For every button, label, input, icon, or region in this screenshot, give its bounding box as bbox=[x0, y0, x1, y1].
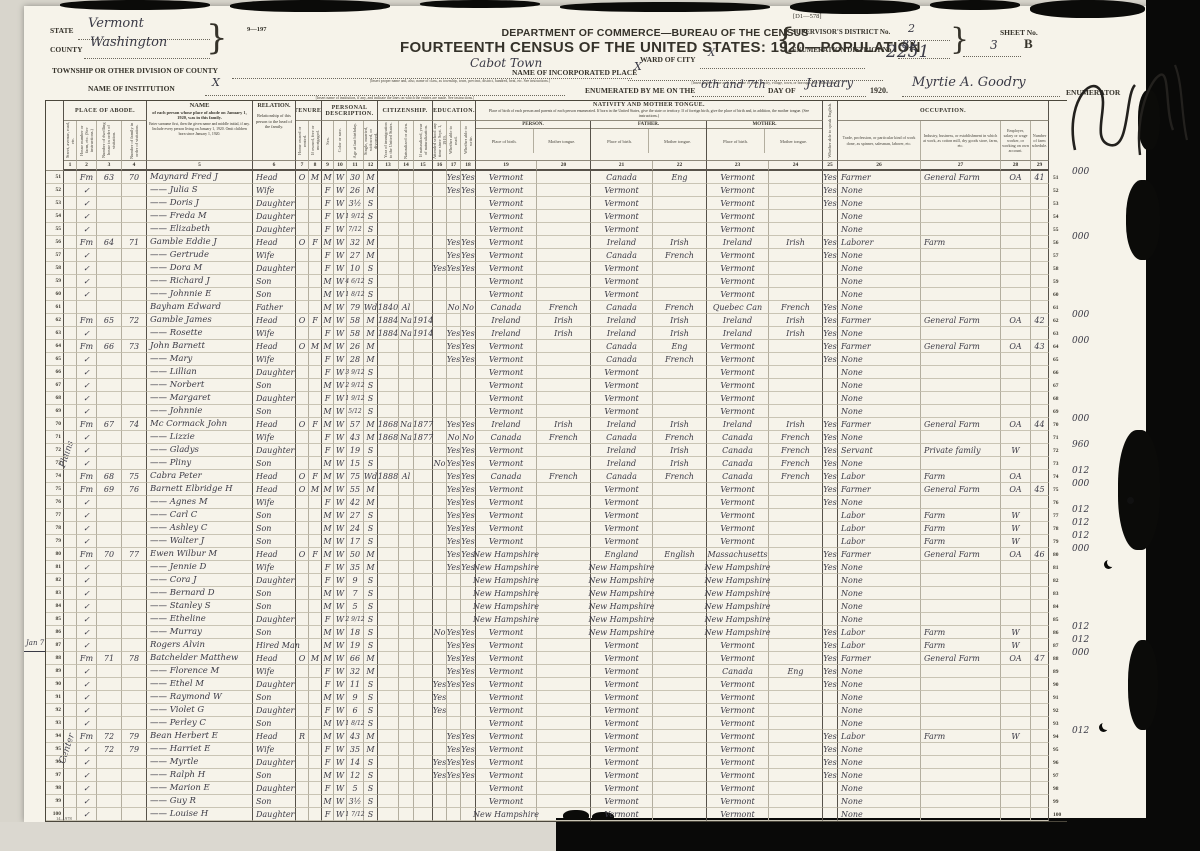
table-cell: Yes bbox=[433, 678, 447, 691]
table-cell: None bbox=[838, 496, 921, 509]
table-cell: Yes bbox=[461, 327, 476, 340]
ward-scribble-number: 2251 bbox=[886, 42, 929, 62]
table-cell: M bbox=[322, 340, 334, 353]
table-cell: Vermont bbox=[476, 639, 537, 652]
table-cell: Yes bbox=[823, 457, 838, 470]
table-cell: Yes bbox=[461, 262, 476, 275]
table-cell: Yes bbox=[823, 327, 838, 340]
table-cell: W bbox=[334, 704, 347, 717]
table-cell bbox=[122, 795, 147, 808]
table-cell bbox=[537, 626, 591, 639]
table-cell: 3 9/12 bbox=[347, 366, 364, 379]
table-cell bbox=[447, 574, 461, 587]
table-cell: ✓ bbox=[77, 574, 97, 587]
row-number: 77 bbox=[46, 509, 64, 522]
table-cell: French bbox=[653, 301, 707, 314]
table-cell bbox=[1001, 756, 1031, 769]
table-cell bbox=[378, 379, 399, 392]
table-cell: F bbox=[322, 327, 334, 340]
row-number: 54 bbox=[1049, 210, 1067, 223]
table-cell: No bbox=[447, 301, 461, 314]
table-cell bbox=[378, 535, 399, 548]
table-cell bbox=[378, 509, 399, 522]
table-cell: Quebec Can bbox=[707, 301, 769, 314]
table-cell bbox=[1031, 379, 1049, 392]
table-cell: M bbox=[364, 340, 378, 353]
table-cell: W bbox=[334, 444, 347, 457]
table-cell bbox=[414, 366, 433, 379]
table-cell: Fm bbox=[77, 470, 97, 483]
table-cell bbox=[378, 730, 399, 743]
table-cell: —— Gertrude bbox=[147, 249, 253, 262]
table-cell: F bbox=[322, 197, 334, 210]
table-cell: F bbox=[322, 613, 334, 626]
row-number: 82 bbox=[46, 574, 64, 587]
table-cell: Vermont bbox=[476, 665, 537, 678]
table-cell: O bbox=[296, 314, 309, 327]
table-cell: Yes bbox=[447, 678, 461, 691]
table-cell bbox=[64, 210, 77, 223]
table-cell: Vermont bbox=[591, 808, 653, 821]
table-cell: 79 bbox=[122, 730, 147, 743]
table-cell: M bbox=[322, 626, 334, 639]
table-cell: 42 bbox=[1031, 314, 1049, 327]
table-cell bbox=[378, 743, 399, 756]
table-cell: Vermont bbox=[476, 249, 537, 262]
table-cell bbox=[1001, 678, 1031, 691]
table-cell: ✓ bbox=[77, 795, 97, 808]
table-cell bbox=[309, 587, 322, 600]
table-cell bbox=[399, 249, 414, 262]
table-cell bbox=[122, 210, 147, 223]
table-cell: ✓ bbox=[77, 704, 97, 717]
table-cell bbox=[447, 691, 461, 704]
table-cell bbox=[399, 678, 414, 691]
table-cell bbox=[447, 288, 461, 301]
table-cell: No bbox=[447, 431, 461, 444]
table-cell: S bbox=[364, 613, 378, 626]
table-cell bbox=[399, 210, 414, 223]
table-cell bbox=[461, 795, 476, 808]
table-cell bbox=[309, 535, 322, 548]
table-cell: 27 bbox=[347, 249, 364, 262]
table-cell bbox=[309, 379, 322, 392]
column-header-trade: Trade, profession, or particular kind of… bbox=[838, 121, 921, 161]
table-cell: New Hampshire bbox=[707, 574, 769, 587]
table-cell: 3½ bbox=[347, 795, 364, 808]
table-cell bbox=[433, 522, 447, 535]
table-cell bbox=[1031, 639, 1049, 652]
table-cell: Yes bbox=[461, 353, 476, 366]
table-cell: F bbox=[322, 574, 334, 587]
table-cell: 74 bbox=[122, 418, 147, 431]
table-cell bbox=[769, 483, 823, 496]
table-cell bbox=[122, 249, 147, 262]
row-number: 56 bbox=[46, 236, 64, 249]
table-cell bbox=[378, 613, 399, 626]
table-cell bbox=[769, 509, 823, 522]
table-cell bbox=[64, 496, 77, 509]
table-cell: 35 bbox=[347, 743, 364, 756]
table-cell: Yes bbox=[823, 470, 838, 483]
table-cell: ✓ bbox=[77, 535, 97, 548]
table-cell bbox=[769, 262, 823, 275]
table-cell: None bbox=[838, 327, 921, 340]
column-number: 25 bbox=[823, 161, 838, 171]
table-cell: ✓ bbox=[77, 717, 97, 730]
table-cell: Daughter bbox=[253, 574, 296, 587]
table-cell: Yes bbox=[447, 171, 461, 184]
table-cell bbox=[1001, 691, 1031, 704]
table-cell: Son bbox=[253, 626, 296, 639]
table-cell: R bbox=[296, 730, 309, 743]
column-number: 26 bbox=[838, 161, 921, 171]
table-cell: New Hampshire bbox=[591, 600, 653, 613]
table-cell: Vermont bbox=[476, 457, 537, 470]
table-cell: —— Louise H bbox=[147, 808, 253, 821]
table-cell: Yes bbox=[461, 769, 476, 782]
table-cell bbox=[64, 418, 77, 431]
table-cell bbox=[64, 392, 77, 405]
table-cell bbox=[921, 561, 1001, 574]
table-cell bbox=[653, 652, 707, 665]
supervisor-district-label: SUPERVISOR'S DISTRICT No. bbox=[792, 28, 890, 36]
table-cell: ✓ bbox=[77, 379, 97, 392]
row-number: 73 bbox=[1049, 457, 1067, 470]
table-cell: 47 bbox=[1031, 652, 1049, 665]
table-cell: S bbox=[364, 522, 378, 535]
table-cell bbox=[1001, 665, 1031, 678]
table-cell bbox=[653, 210, 707, 223]
column-number: 19 bbox=[476, 161, 537, 171]
table-cell: Vermont bbox=[707, 197, 769, 210]
table-cell: None bbox=[838, 379, 921, 392]
table-cell: Vermont bbox=[591, 288, 653, 301]
table-cell bbox=[296, 431, 309, 444]
table-cell bbox=[537, 535, 591, 548]
table-cell bbox=[921, 769, 1001, 782]
table-cell bbox=[122, 392, 147, 405]
table-cell: Yes bbox=[447, 262, 461, 275]
table-cell bbox=[447, 366, 461, 379]
table-cell: F bbox=[309, 236, 322, 249]
table-cell: New Hampshire bbox=[707, 613, 769, 626]
table-cell bbox=[122, 561, 147, 574]
date-margin-line bbox=[24, 651, 46, 652]
table-cell bbox=[122, 574, 147, 587]
table-cell: Vermont bbox=[476, 340, 537, 353]
table-cell: None bbox=[838, 587, 921, 600]
table-cell: ✓ bbox=[77, 587, 97, 600]
row-number: 55 bbox=[1049, 223, 1067, 236]
table-cell bbox=[921, 275, 1001, 288]
table-cell bbox=[309, 327, 322, 340]
table-cell: W bbox=[334, 600, 347, 613]
table-cell: Vermont bbox=[707, 223, 769, 236]
table-cell: Yes bbox=[461, 483, 476, 496]
table-cell bbox=[399, 366, 414, 379]
table-cell bbox=[823, 379, 838, 392]
column-number: 6 bbox=[253, 161, 296, 171]
table-cell bbox=[921, 691, 1001, 704]
table-cell bbox=[64, 613, 77, 626]
table-cell bbox=[378, 249, 399, 262]
table-cell bbox=[537, 509, 591, 522]
table-cell: —— Murray bbox=[147, 626, 253, 639]
table-cell bbox=[296, 379, 309, 392]
table-cell: Son bbox=[253, 405, 296, 418]
table-cell: Yes bbox=[447, 665, 461, 678]
column-number: 1 bbox=[64, 161, 77, 171]
scan-artifact bbox=[930, 0, 1020, 10]
table-cell bbox=[461, 366, 476, 379]
table-cell: English bbox=[653, 548, 707, 561]
table-cell: General Farm bbox=[921, 483, 1001, 496]
table-cell: —— Mary bbox=[147, 353, 253, 366]
table-cell bbox=[399, 782, 414, 795]
table-cell bbox=[823, 613, 838, 626]
table-cell bbox=[433, 730, 447, 743]
table-cell bbox=[414, 665, 433, 678]
table-cell bbox=[64, 652, 77, 665]
table-cell: Eng bbox=[653, 340, 707, 353]
row-number: 51 bbox=[1049, 171, 1067, 184]
table-cell: Daughter bbox=[253, 678, 296, 691]
table-cell: Vermont bbox=[707, 782, 769, 795]
table-cell: ✓ bbox=[77, 756, 97, 769]
table-cell: Irish bbox=[769, 236, 823, 249]
table-cell bbox=[378, 600, 399, 613]
table-cell bbox=[399, 535, 414, 548]
table-cell bbox=[433, 782, 447, 795]
table-cell bbox=[97, 756, 122, 769]
table-cell: Head bbox=[253, 652, 296, 665]
table-cell: M bbox=[322, 535, 334, 548]
table-cell bbox=[122, 808, 147, 821]
scan-artifact bbox=[420, 0, 540, 8]
table-cell bbox=[97, 769, 122, 782]
column-header: Naturalized or alien. bbox=[399, 121, 414, 161]
table-cell bbox=[378, 184, 399, 197]
table-cell bbox=[309, 210, 322, 223]
scan-artifact bbox=[790, 0, 920, 14]
table-cell bbox=[309, 795, 322, 808]
table-cell bbox=[447, 587, 461, 600]
table-cell: F bbox=[309, 418, 322, 431]
table-cell bbox=[823, 275, 838, 288]
table-cell bbox=[769, 626, 823, 639]
table-cell bbox=[433, 743, 447, 756]
table-cell: Ewen Wilbur M bbox=[147, 548, 253, 561]
ward-value: X bbox=[708, 48, 715, 59]
table-cell bbox=[447, 275, 461, 288]
table-cell bbox=[296, 782, 309, 795]
table-cell bbox=[461, 379, 476, 392]
table-cell bbox=[399, 743, 414, 756]
enumerated-label: ENUMERATED BY ME ON THE bbox=[585, 86, 695, 95]
table-cell: S bbox=[364, 366, 378, 379]
census-page: STATE Vermont COUNTY Washington } 9—197 … bbox=[0, 0, 1200, 851]
table-cell bbox=[296, 457, 309, 470]
table-cell: Vermont bbox=[707, 652, 769, 665]
table-cell bbox=[433, 301, 447, 314]
table-cell: Irish bbox=[653, 327, 707, 340]
row-number: 85 bbox=[46, 613, 64, 626]
table-cell bbox=[1031, 470, 1049, 483]
table-cell bbox=[823, 262, 838, 275]
table-cell: None bbox=[838, 210, 921, 223]
table-cell: OA bbox=[1001, 652, 1031, 665]
table-cell: Al bbox=[399, 301, 414, 314]
table-cell: 73 bbox=[122, 340, 147, 353]
table-cell bbox=[309, 496, 322, 509]
table-cell: Yes bbox=[823, 769, 838, 782]
table-cell bbox=[378, 483, 399, 496]
table-cell bbox=[378, 652, 399, 665]
table-cell bbox=[97, 704, 122, 717]
table-cell bbox=[414, 574, 433, 587]
table-cell bbox=[399, 808, 414, 821]
table-cell bbox=[309, 366, 322, 379]
table-cell: OA bbox=[1001, 470, 1031, 483]
table-cell bbox=[823, 600, 838, 613]
table-cell: New Hampshire bbox=[707, 561, 769, 574]
row-number: 52 bbox=[1049, 184, 1067, 197]
table-cell bbox=[296, 327, 309, 340]
table-cell: No bbox=[433, 457, 447, 470]
table-cell: M bbox=[364, 418, 378, 431]
table-cell: Vermont bbox=[476, 535, 537, 548]
table-cell bbox=[769, 561, 823, 574]
table-cell: Ireland bbox=[707, 314, 769, 327]
table-cell bbox=[921, 665, 1001, 678]
table-cell: Son bbox=[253, 691, 296, 704]
table-cell: Farmer bbox=[838, 171, 921, 184]
column-header: If naturalized, year of naturalization. bbox=[414, 121, 433, 161]
table-cell: Yes bbox=[823, 652, 838, 665]
table-cell: —— Rosette bbox=[147, 327, 253, 340]
table-cell: W bbox=[1001, 626, 1031, 639]
row-number: 94 bbox=[46, 730, 64, 743]
table-cell bbox=[1001, 808, 1031, 821]
table-cell: Vermont bbox=[591, 496, 653, 509]
table-cell bbox=[414, 613, 433, 626]
table-cell bbox=[296, 678, 309, 691]
table-cell: S bbox=[364, 756, 378, 769]
table-cell: Yes bbox=[447, 483, 461, 496]
table-cell bbox=[1031, 275, 1049, 288]
column-header-industry: Industry, business, or establishment in … bbox=[921, 121, 1001, 161]
table-cell bbox=[653, 496, 707, 509]
table-cell bbox=[309, 197, 322, 210]
table-cell: M bbox=[322, 639, 334, 652]
sheet-value: 3 bbox=[990, 38, 998, 52]
table-cell bbox=[399, 639, 414, 652]
table-cell bbox=[378, 522, 399, 535]
table-cell: Labor bbox=[838, 522, 921, 535]
table-cell bbox=[122, 678, 147, 691]
table-cell bbox=[296, 691, 309, 704]
table-cell bbox=[378, 782, 399, 795]
table-cell: 35 bbox=[347, 561, 364, 574]
table-cell bbox=[399, 509, 414, 522]
table-cell bbox=[447, 600, 461, 613]
table-cell: Farm bbox=[921, 236, 1001, 249]
table-cell bbox=[309, 613, 322, 626]
scan-artifact bbox=[1126, 180, 1160, 260]
table-cell bbox=[64, 288, 77, 301]
table-cell: Ireland bbox=[707, 418, 769, 431]
table-cell bbox=[1001, 574, 1031, 587]
table-cell: F bbox=[322, 496, 334, 509]
table-cell bbox=[97, 288, 122, 301]
table-cell bbox=[378, 561, 399, 574]
column-number: 13 bbox=[378, 161, 399, 171]
row-number: 72 bbox=[1049, 444, 1067, 457]
table-cell bbox=[537, 730, 591, 743]
table-cell: French bbox=[769, 444, 823, 457]
table-cell bbox=[296, 197, 309, 210]
table-cell: None bbox=[838, 574, 921, 587]
table-cell bbox=[1001, 795, 1031, 808]
column-header-speak-english: Whether able to speak English. bbox=[823, 101, 838, 161]
table-cell: John Barnett bbox=[147, 340, 253, 353]
table-cell bbox=[399, 600, 414, 613]
table-cell bbox=[769, 405, 823, 418]
table-cell: Son bbox=[253, 795, 296, 808]
table-cell bbox=[97, 522, 122, 535]
table-cell bbox=[64, 171, 77, 184]
table-cell: ✓ bbox=[77, 184, 97, 197]
table-cell: Yes bbox=[461, 665, 476, 678]
table-cell bbox=[1001, 210, 1031, 223]
table-cell bbox=[296, 769, 309, 782]
table-cell: W bbox=[334, 236, 347, 249]
row-number: 90 bbox=[46, 678, 64, 691]
row-number: 90 bbox=[1049, 678, 1067, 691]
table-cell bbox=[769, 613, 823, 626]
table-cell bbox=[921, 197, 1001, 210]
table-cell: 1877 bbox=[414, 431, 433, 444]
table-cell: Wife bbox=[253, 184, 296, 197]
table-cell: Canada bbox=[591, 301, 653, 314]
table-cell bbox=[921, 431, 1001, 444]
table-cell: Son bbox=[253, 587, 296, 600]
table-cell bbox=[433, 639, 447, 652]
group-citizenship: CITIZENSHIP. bbox=[378, 101, 433, 121]
table-cell: M bbox=[364, 249, 378, 262]
table-cell: M bbox=[322, 587, 334, 600]
table-cell: W bbox=[1001, 535, 1031, 548]
table-cell: New Hampshire bbox=[476, 808, 537, 821]
margin-code: 012 bbox=[1072, 726, 1089, 736]
table-cell bbox=[1001, 457, 1031, 470]
table-cell bbox=[921, 808, 1001, 821]
table-cell: M bbox=[364, 652, 378, 665]
table-cell: Yes bbox=[433, 769, 447, 782]
table-cell: New Hampshire bbox=[707, 600, 769, 613]
table-cell: Vermont bbox=[707, 353, 769, 366]
table-cell bbox=[97, 561, 122, 574]
table-cell bbox=[769, 678, 823, 691]
table-cell bbox=[97, 600, 122, 613]
table-cell bbox=[1031, 288, 1049, 301]
row-number: 89 bbox=[1049, 665, 1067, 678]
table-cell: Massachusetts bbox=[707, 548, 769, 561]
table-cell: Vermont bbox=[707, 639, 769, 652]
table-cell bbox=[1031, 366, 1049, 379]
ink-mark bbox=[1104, 560, 1113, 569]
